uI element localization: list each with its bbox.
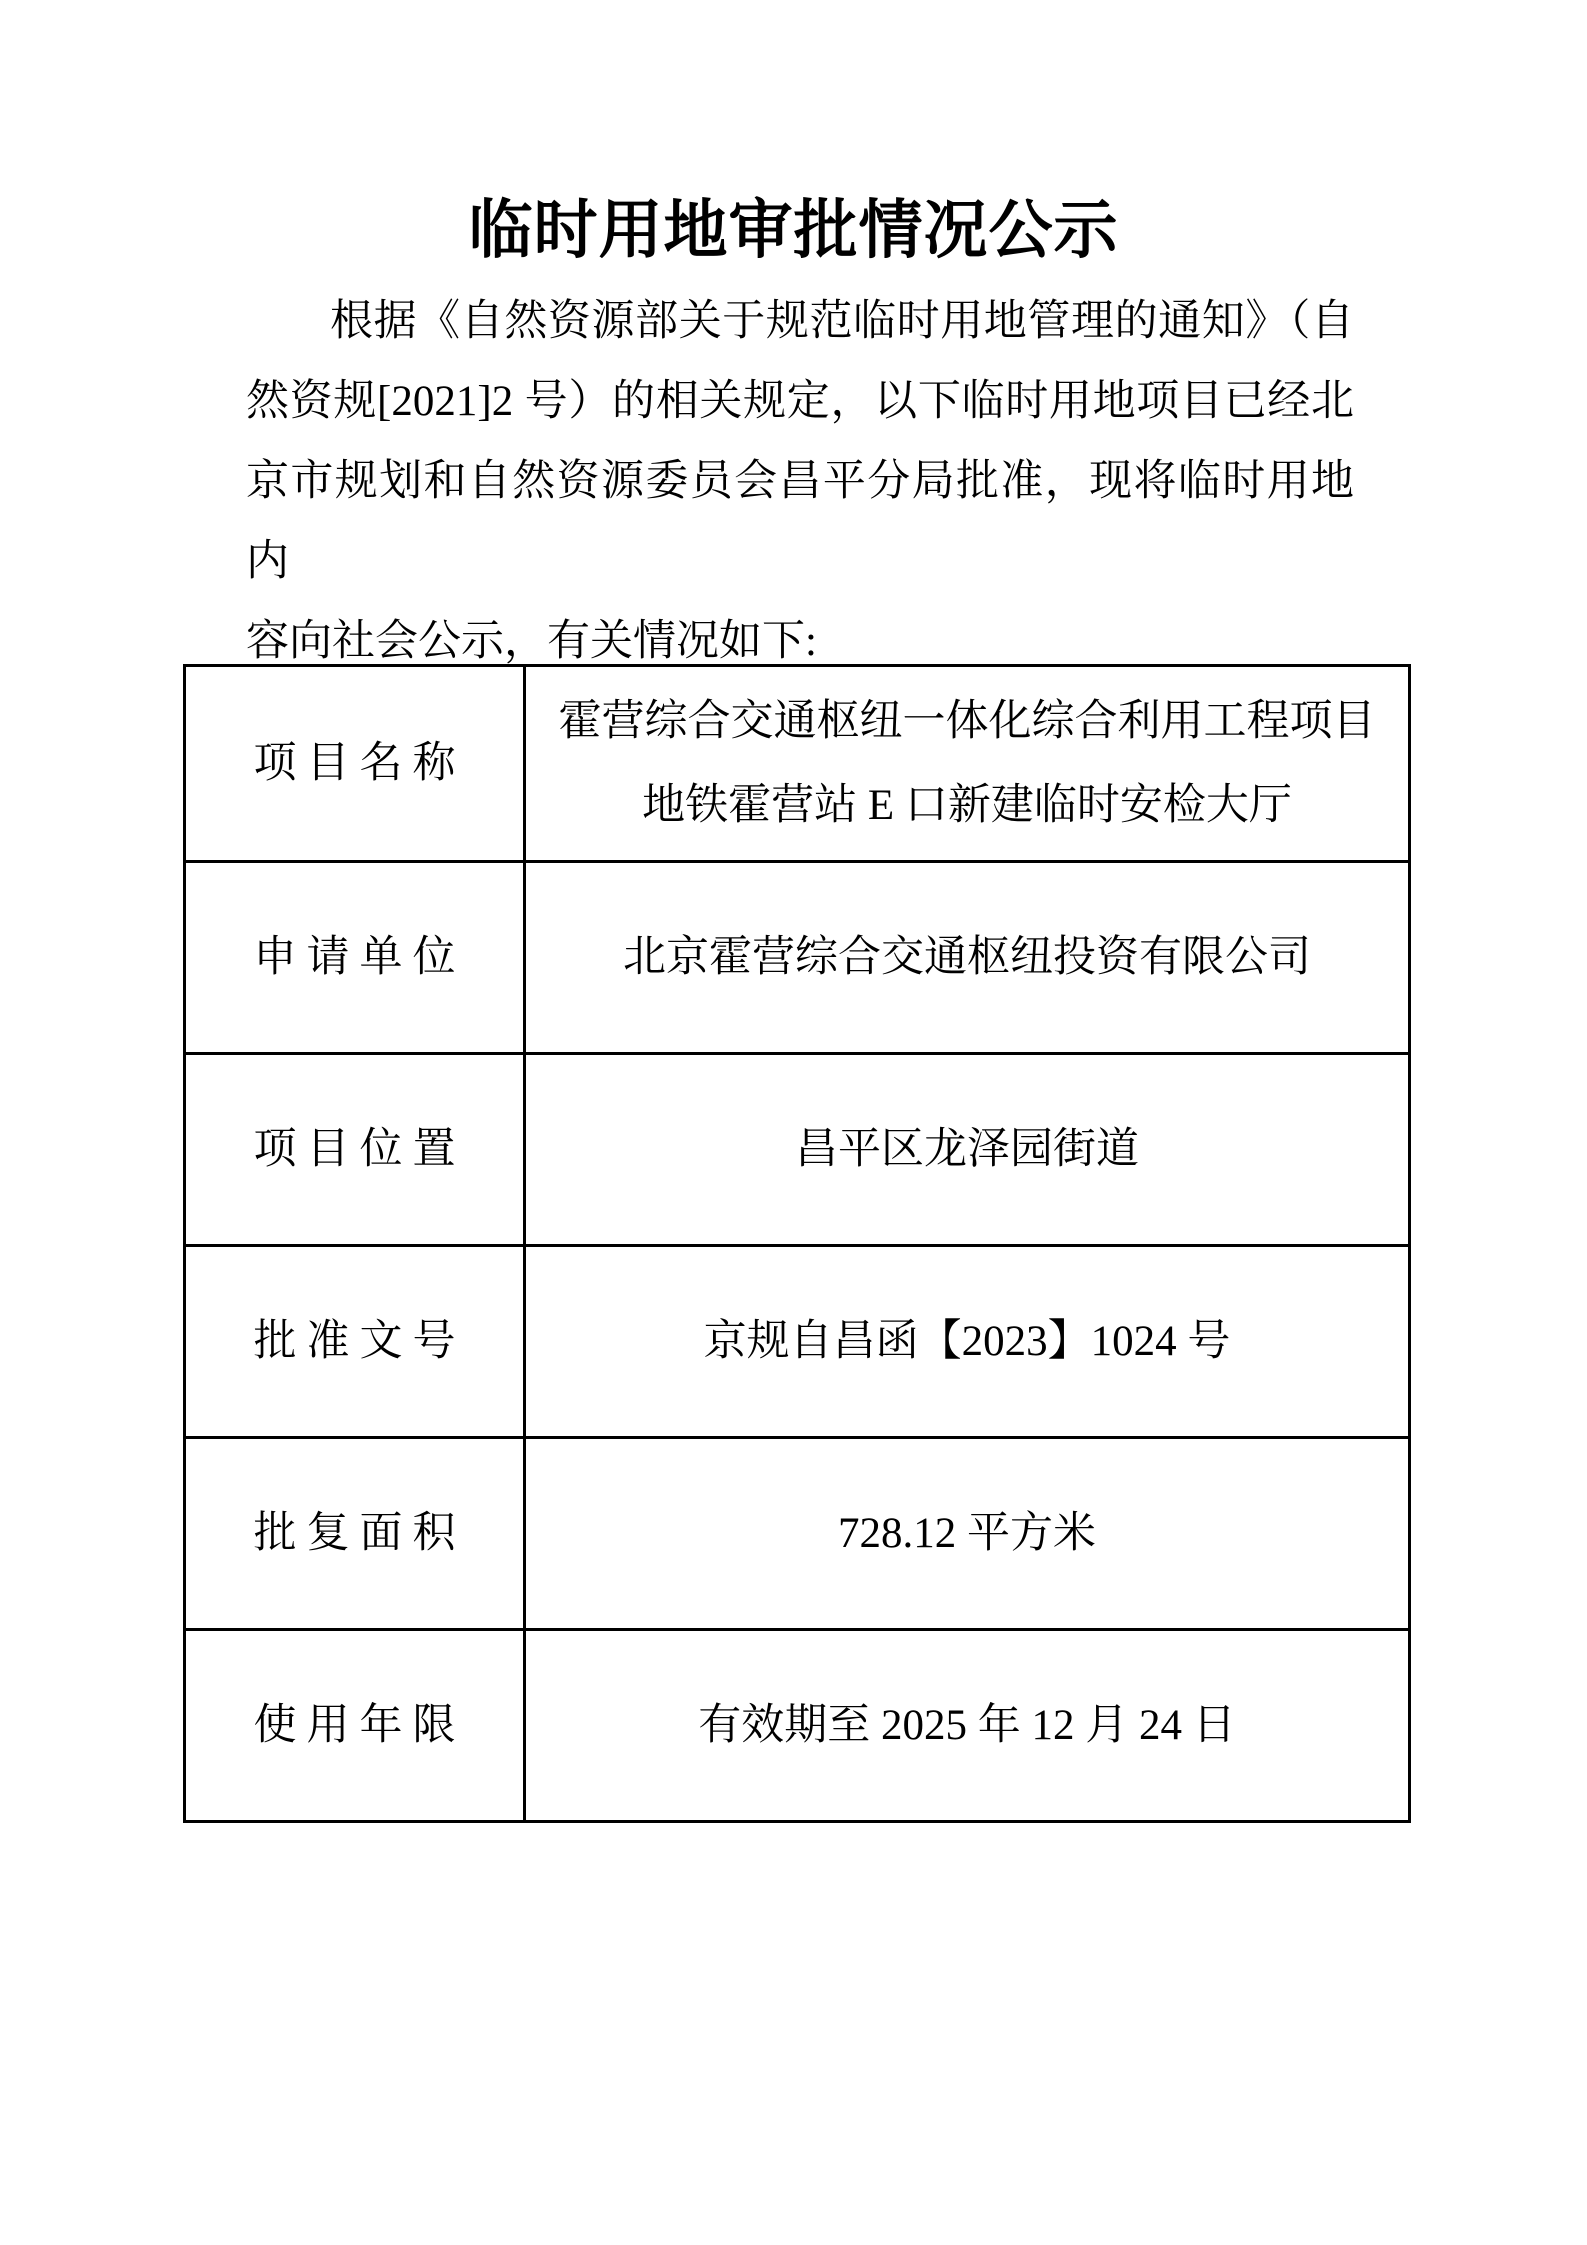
table-row-usage-period: 使用年限 有效期至 2025 年 12 月 24 日 bbox=[185, 1630, 1410, 1822]
intro-line-1: 根据《自然资源部关于规范临时用地管理的通知》（自 bbox=[246, 282, 1354, 362]
intro-line-3: 京市规划和自然资源委员会昌平分局批准，现将临时用地内 bbox=[246, 442, 1354, 602]
project-name-line-2: 地铁霍营站 E 口新建临时安检大厅 bbox=[536, 764, 1398, 848]
approval-info-table: 项目名称 霍营综合交通枢纽一体化综合利用工程项目 地铁霍营站 E 口新建临时安检… bbox=[183, 664, 1411, 1823]
row-label: 申请单位 bbox=[185, 862, 525, 1054]
row-value: 霍营综合交通枢纽一体化综合利用工程项目 地铁霍营站 E 口新建临时安检大厅 bbox=[525, 666, 1410, 862]
row-label: 项目名称 bbox=[185, 666, 525, 862]
row-label: 批准文号 bbox=[185, 1246, 525, 1438]
row-label: 使用年限 bbox=[185, 1630, 525, 1822]
intro-line-2: 然资规[2021]2 号）的相关规定，以下临时用地项目已经北 bbox=[246, 362, 1354, 442]
table-row-applicant: 申请单位 北京霍营综合交通枢纽投资有限公司 bbox=[185, 862, 1410, 1054]
table-row-location: 项目位置 昌平区龙泽园街道 bbox=[185, 1054, 1410, 1246]
intro-paragraph: 根据《自然资源部关于规范临时用地管理的通知》（自 然资规[2021]2 号）的相… bbox=[246, 282, 1354, 682]
row-value: 有效期至 2025 年 12 月 24 日 bbox=[525, 1630, 1410, 1822]
page-title: 临时用地审批情况公示 bbox=[0, 196, 1587, 264]
project-name-line-1: 霍营综合交通枢纽一体化综合利用工程项目 bbox=[536, 680, 1398, 764]
row-value: 京规自昌函【2023】1024 号 bbox=[525, 1246, 1410, 1438]
table-row-approved-area: 批复面积 728.12 平方米 bbox=[185, 1438, 1410, 1630]
table-row-project-name: 项目名称 霍营综合交通枢纽一体化综合利用工程项目 地铁霍营站 E 口新建临时安检… bbox=[185, 666, 1410, 862]
row-label: 批复面积 bbox=[185, 1438, 525, 1630]
row-value: 北京霍营综合交通枢纽投资有限公司 bbox=[525, 862, 1410, 1054]
table-row-approval-number: 批准文号 京规自昌函【2023】1024 号 bbox=[185, 1246, 1410, 1438]
row-value: 昌平区龙泽园街道 bbox=[525, 1054, 1410, 1246]
row-value: 728.12 平方米 bbox=[525, 1438, 1410, 1630]
notice-page: 临时用地审批情况公示 根据《自然资源部关于规范临时用地管理的通知》（自 然资规[… bbox=[0, 0, 1587, 2245]
row-label: 项目位置 bbox=[185, 1054, 525, 1246]
